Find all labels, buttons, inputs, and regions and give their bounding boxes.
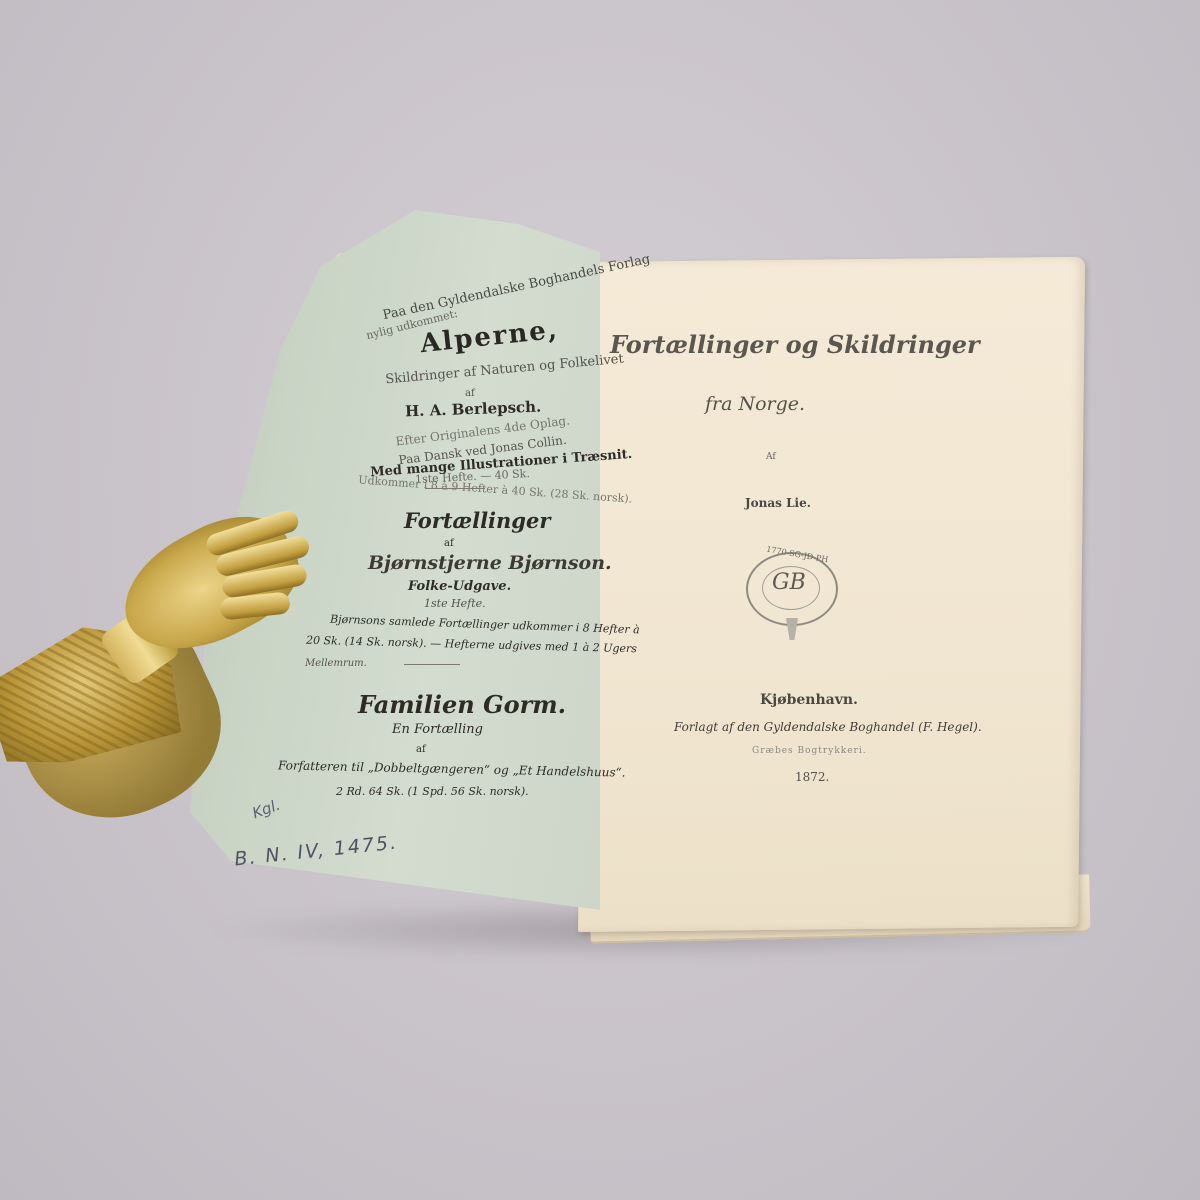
divider-rule bbox=[425, 488, 485, 489]
book-publisher: Forlagt af den Gyldendalske Boghandel (F… bbox=[674, 720, 982, 734]
divider-rule bbox=[404, 664, 460, 665]
ad2-title: Fortællinger bbox=[404, 508, 550, 533]
book-title: Fortællinger og Skildringer bbox=[610, 330, 980, 359]
book-af: Af bbox=[766, 452, 776, 462]
stamp-monogram: GB bbox=[772, 570, 806, 595]
book-author: Jonas Lie. bbox=[745, 496, 811, 510]
book-year: 1872. bbox=[795, 770, 829, 784]
ad3-title: Familien Gorm. bbox=[358, 690, 566, 719]
ad2-desc-line3: Mellemrum. bbox=[305, 658, 367, 669]
book-subtitle: fra Norge. bbox=[705, 393, 805, 415]
book-city: Kjøbenhavn. bbox=[760, 692, 858, 708]
ad2-part: 1ste Hefte. bbox=[424, 597, 486, 610]
ad2-author: Bjørnstjerne Bjørnson. bbox=[368, 552, 612, 574]
photo-scene: Paa den Gyldendalske Boghandels Forlag n… bbox=[0, 0, 1200, 1200]
ad2-af: af bbox=[444, 538, 454, 549]
ad3-af: af bbox=[416, 744, 426, 755]
ad3-subtitle: En Fortælling bbox=[392, 722, 483, 737]
book-printer: Græbes Bogtrykkeri. bbox=[752, 746, 867, 756]
ad1-af: af bbox=[465, 388, 475, 399]
ad3-price: 2 Rd. 64 Sk. (1 Spd. 56 Sk. norsk). bbox=[336, 785, 529, 798]
ad2-edition: Folke-Udgave. bbox=[408, 579, 511, 594]
ex-libris-stamp-icon: 1770-SG-JD-PH GB bbox=[746, 552, 838, 626]
